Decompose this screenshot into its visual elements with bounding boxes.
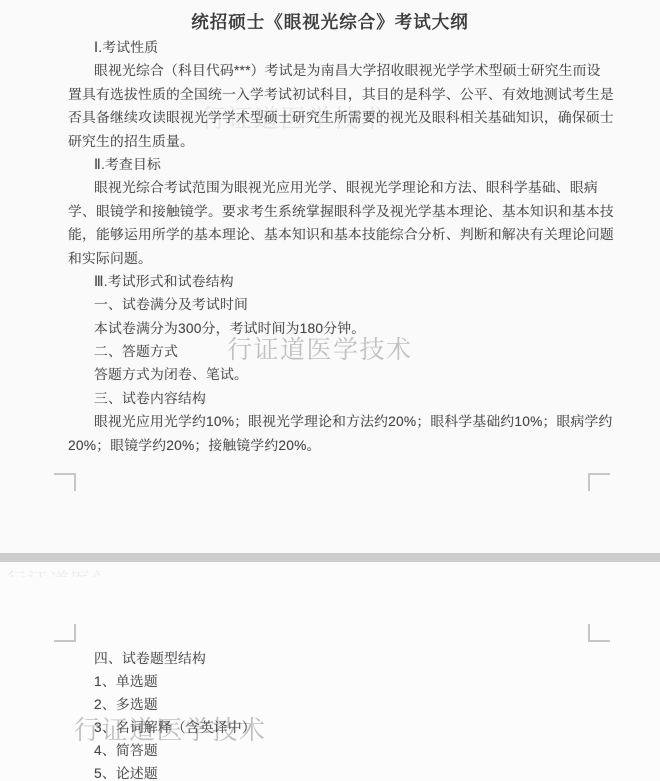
text-line: 研究生的招生质量。 (68, 130, 608, 153)
margin-corner-mark (54, 473, 76, 491)
list-item: 5、论述题 (68, 762, 608, 781)
page-1-body: Ⅰ.考试性质 眼视光综合（科目代码***）考试是为南昌大学招收眼视光学学术型硕士… (68, 36, 608, 457)
sub-heading: 四、试卷题型结构 (68, 647, 608, 670)
text-line: 20%；眼镜学约20%；接触镜学约20%。 (68, 434, 608, 457)
list-item: 1、单选题 (68, 670, 608, 693)
text-line: 眼视光综合考试范围为眼视光应用光学、眼视光学理论和方法、眼科学基础、眼病 (68, 176, 608, 199)
text-line: 否具备继续攻读眼视光学学术型硕士研究生所需要的视光及眼科相关基础知识，确保硕士 (68, 106, 608, 129)
margin-corner-mark (54, 624, 76, 642)
section-heading: Ⅰ.考试性质 (68, 36, 608, 59)
page-2-body: 四、试卷题型结构 1、单选题 2、多选题 3、名词解释（含英译中） 4、简答题 … (68, 647, 608, 781)
text-line: 能，能够运用所学的基本理论、基本知识和基本技能综合分析、判断和解决有关理论问题 (68, 223, 608, 246)
list-item: 2、多选题 (68, 693, 608, 716)
document-page-1: 统招硕士《眼视光综合》考试大纲 行证道医学技术 行证道医学技术 Ⅰ.考试性质 眼… (0, 0, 660, 553)
list-item: 3、名词解释（含英译中） (68, 716, 608, 739)
margin-corner-mark (588, 624, 610, 642)
watermark-text: 行证道医学技术 (6, 564, 101, 577)
document-title: 统招硕士《眼视光综合》考试大纲 (0, 9, 660, 34)
text-line: 答题方式为闭卷、笔试。 (68, 363, 608, 386)
list-item: 4、简答题 (68, 739, 608, 762)
text-line: 本试卷满分为300分，考试时间为180分钟。 (68, 317, 608, 340)
page-separator (0, 553, 660, 562)
text-line: 和实际问题。 (68, 247, 608, 270)
text-line: 眼视光应用光学约10%；眼视光学理论和方法约20%；眼科学基础约10%；眼病学约 (68, 410, 608, 433)
section-heading: Ⅱ.考查目标 (68, 153, 608, 176)
text-line: 眼视光综合（科目代码***）考试是为南昌大学招收眼视光学学术型硕士研究生而设 (68, 59, 608, 82)
margin-corner-mark (588, 473, 610, 491)
text-line: 置具有选拔性质的全国统一入学考试初试科目，其目的是科学、公平、有效地测试考生是 (68, 83, 608, 106)
section-heading: Ⅲ.考试形式和试卷结构 (68, 270, 608, 293)
document-page-2: 行证道医学技术 行证道医学技术 四、试卷题型结构 1、单选题 2、多选题 3、名… (0, 562, 660, 781)
sub-heading: 一、试卷满分及考试时间 (68, 293, 608, 316)
text-line: 学、眼镜学和接触镜学。要求考生系统掌握眼科学及视光学基本理论、基本知识和基本技 (68, 200, 608, 223)
sub-heading: 三、试卷内容结构 (68, 387, 608, 410)
sub-heading: 二、答题方式 (68, 340, 608, 363)
